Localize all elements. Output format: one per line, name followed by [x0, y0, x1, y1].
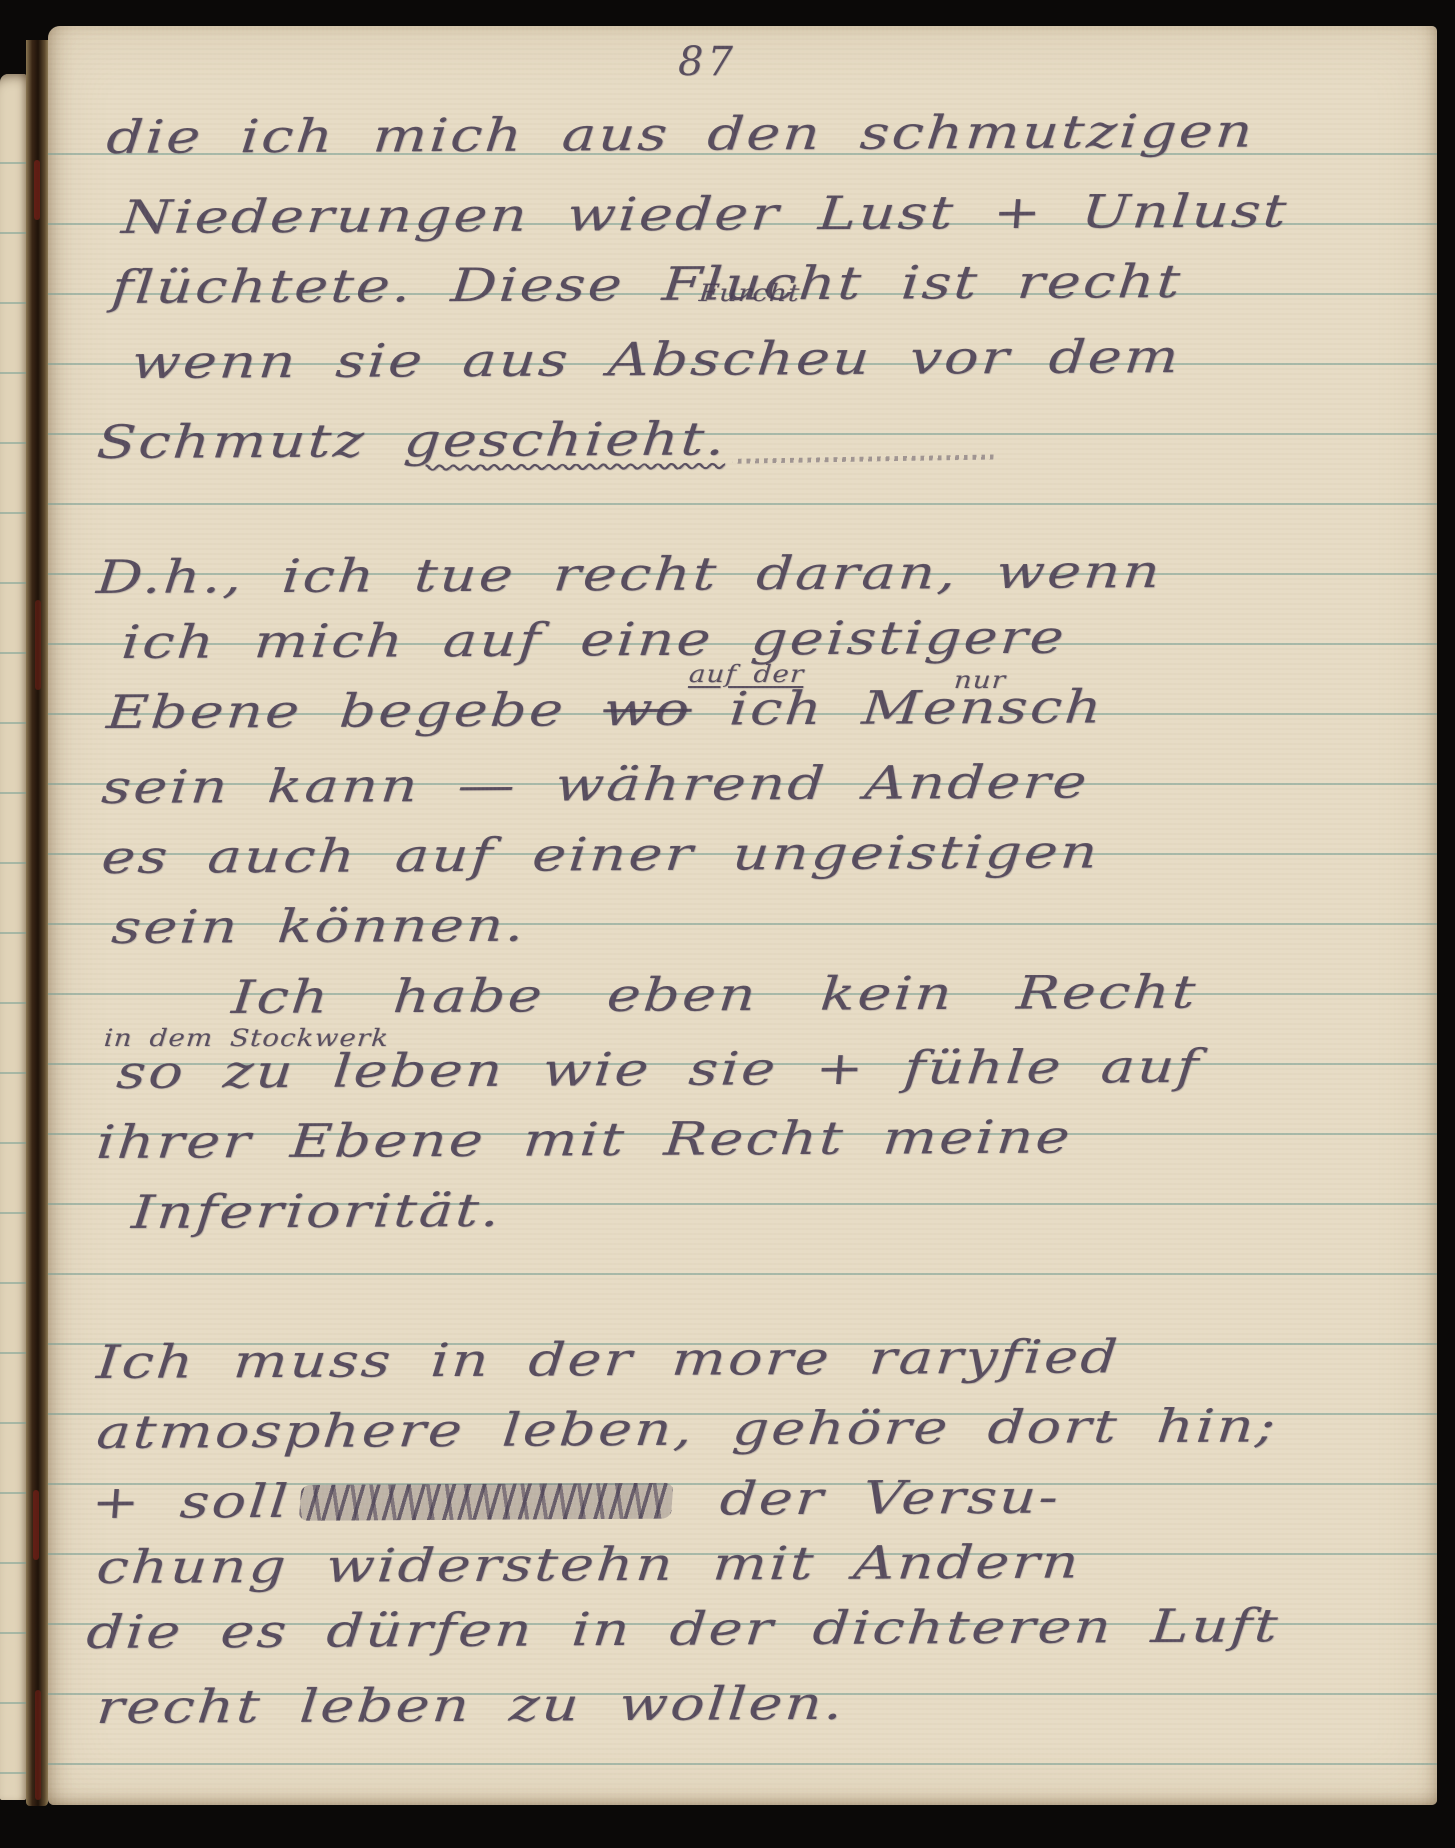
wavy-flourish: [732, 449, 994, 464]
binding-gutter: [26, 40, 48, 1806]
handwritten-line-6: D.h., ich tue recht daran, wenn: [95, 548, 1164, 600]
page-number: 87: [678, 42, 737, 82]
handwritten-line-13: so zu leben wie sie + fühle auf: [115, 1043, 1202, 1095]
handwritten-line-21: recht leben zu wollen.: [95, 1680, 847, 1730]
binding-stain: [35, 1690, 41, 1800]
notebook-scan: 87 die ich mich aus den schmutzigen Nied…: [0, 0, 1455, 1848]
previous-page-edge: [0, 74, 26, 1800]
handwritten-line-20: die es dürfen in der dichteren Luft: [85, 1602, 1282, 1655]
line-8-end: ich Mensch: [690, 679, 1106, 735]
binding-stain: [33, 1490, 39, 1560]
notebook-page: 87 die ich mich aus den schmutzigen Nied…: [48, 26, 1437, 1805]
handwritten-line-1: die ich mich aus den schmutzigen: [105, 108, 1256, 160]
line-18-end: der Versu-: [680, 1470, 1062, 1526]
binding-stain: [34, 160, 40, 220]
scribbled-out-words: [299, 1483, 674, 1521]
handwritten-line-4: wenn sie aus Abscheu vor dem: [130, 333, 1183, 385]
handwritten-line-2: Niederungen wieder Lust + Unlust: [120, 187, 1290, 240]
handwritten-line-16: Ich muss in der more raryfied: [95, 1333, 1121, 1385]
inserted-word-furcht: Furcht: [698, 281, 801, 305]
line-8-start: Ebene begebe: [105, 682, 606, 739]
handwritten-line-8: Ebene begebe wo ich Mensch: [105, 683, 1106, 735]
line-5-start: Schmutz: [95, 413, 406, 469]
handwritten-line-7: ich mich auf eine geistigere: [120, 614, 1068, 665]
handwritten-line-3: flüchtete. Diese Flucht ist recht: [110, 258, 1184, 310]
handwritten-line-12: Ich habe eben kein Recht: [230, 969, 1199, 1020]
handwritten-line-5: Schmutz geschieht.: [95, 414, 997, 468]
previous-page-ruled-lines: [0, 162, 26, 1800]
handwritten-line-15: Inferiorität.: [130, 1187, 503, 1235]
handwritten-line-14: ihrer Ebene mit Recht meine: [95, 1114, 1074, 1165]
handwritten-line-9: sein kann — während Andere: [100, 758, 1091, 810]
handwritten-line-19: chung widerstehn mit Andern: [95, 1538, 1083, 1590]
handwritten-line-17: atmosphere leben, gehöre dort hin;: [95, 1402, 1280, 1455]
handwritten-line-11: sein können.: [110, 902, 528, 950]
wavy-underlined-word: geschieht.: [402, 411, 729, 467]
handwritten-line-10: es auch auf einer ungeistigen: [100, 828, 1101, 880]
binding-stain: [35, 600, 41, 690]
struck-word-wo: wo: [601, 682, 693, 736]
handwritten-line-18: + soll der Versu-: [90, 1474, 1062, 1525]
line-18-start: + soll: [90, 1474, 293, 1529]
